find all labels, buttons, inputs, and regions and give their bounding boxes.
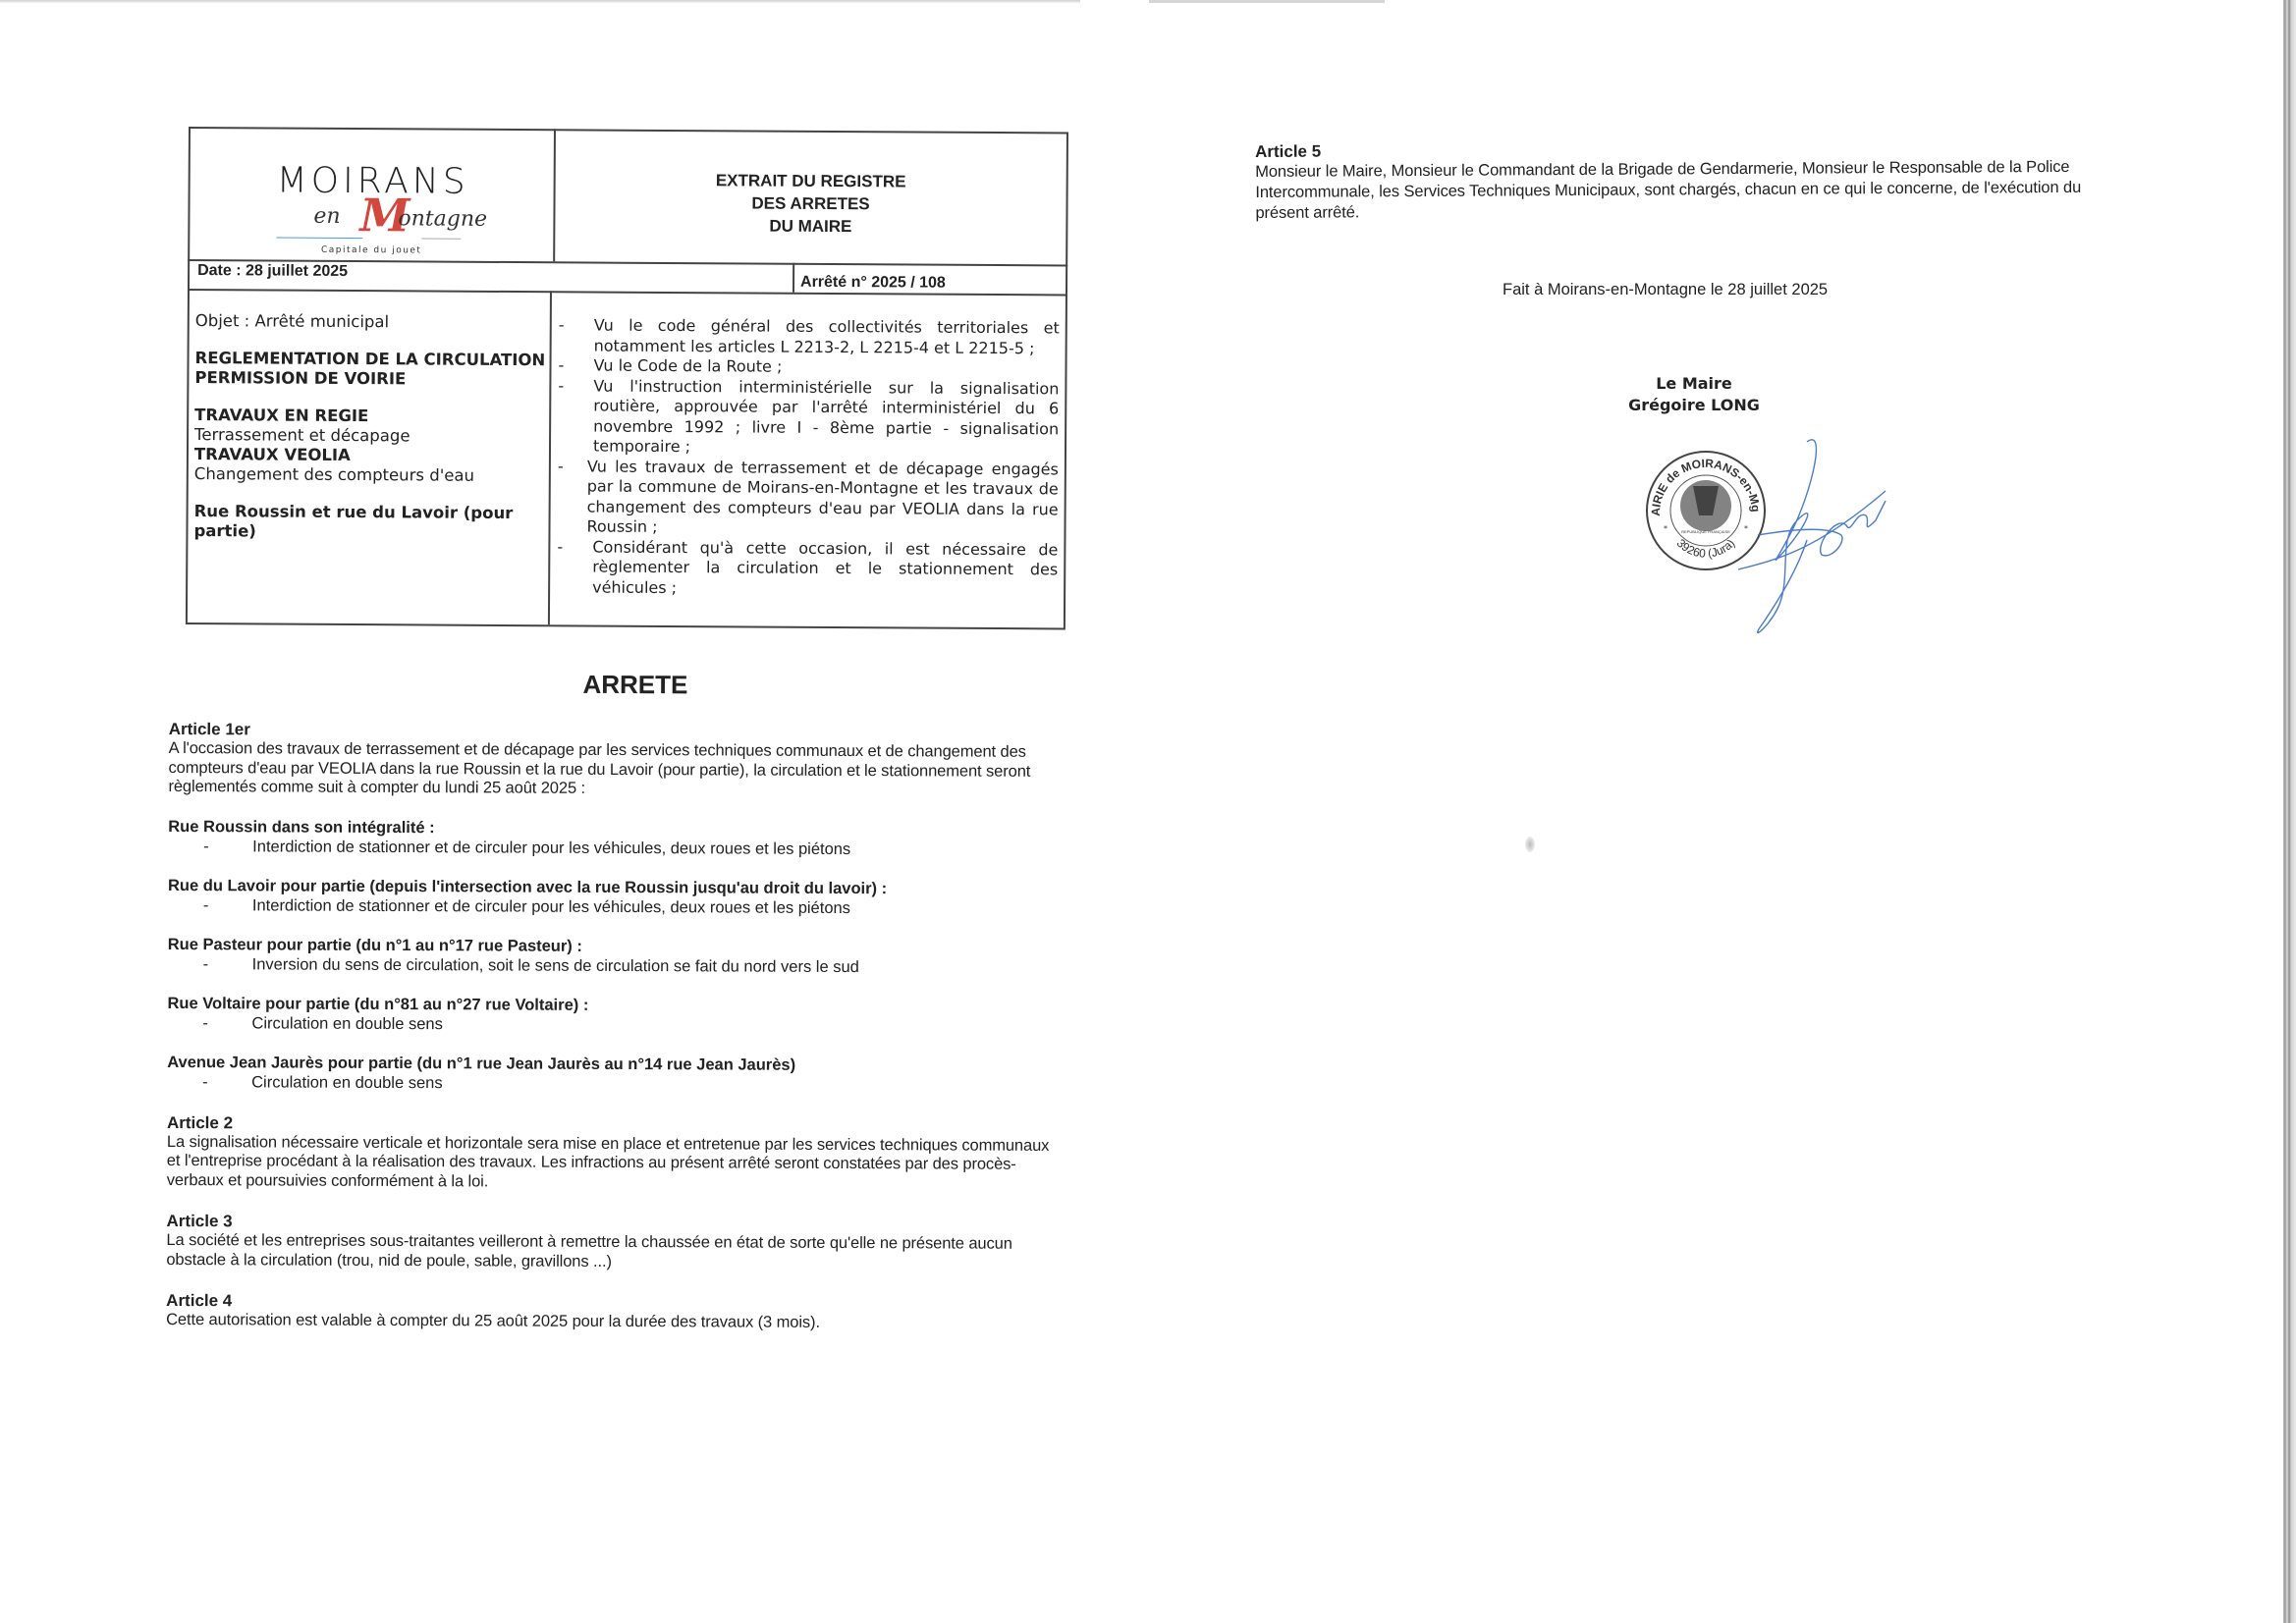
works-desc: Changement des compteurs d'eau <box>194 464 548 486</box>
scan-smudge <box>1525 837 1535 852</box>
objet-heading: PERMISSION DE VOIRIE <box>194 368 548 390</box>
table-border <box>186 622 1066 629</box>
scan-edge-right <box>2283 0 2296 1623</box>
considerant-text: Vu le code général des collectivités ter… <box>594 316 1060 357</box>
street-rule: -Interdiction de stationner et de circul… <box>168 894 1052 918</box>
arrete-body: ARRETE Article 1er A l'occasion des trav… <box>166 668 1053 1333</box>
considerant-item: -Vu les travaux de terrassement et de dé… <box>557 457 1058 540</box>
scan-edge-top <box>1149 0 1385 3</box>
register-title: EXTRAIT DU REGISTRE DES ARRETES DU MAIRE <box>553 168 1067 239</box>
article-text: A l'occasion des travaux de terrassement… <box>168 739 1052 800</box>
svg-text:39260 (Jura): 39260 (Jura) <box>1674 536 1738 561</box>
street-rule: -Inversion du sens de circulation, soit … <box>168 953 1052 977</box>
street-rule-text: Interdiction de stationner et de circule… <box>233 896 850 917</box>
article-text: La signalisation nécessaire verticale et… <box>167 1132 1051 1193</box>
street-rule-text: Circulation en double sens <box>232 1073 443 1092</box>
svg-text:*: * <box>1664 524 1667 533</box>
objet-cell: Objet : Arrêté municipal REGLEMENTATION … <box>193 311 548 543</box>
considerant-text: Vu l'instruction interministérielle sur … <box>593 376 1059 456</box>
logo-rule <box>276 238 362 240</box>
considerant-item: -Considérant qu'à cette occasion, il est… <box>557 537 1058 601</box>
article-text: Monsieur le Maire, Monsieur le Commandan… <box>1255 157 2129 224</box>
considerant-item: -Vu le code général des collectivités te… <box>559 315 1060 358</box>
register-title-line: EXTRAIT DU REGISTRE <box>554 168 1068 193</box>
works-desc: Terrassement et décapage <box>194 425 548 447</box>
article-text: La société et les entreprises sous-trait… <box>166 1231 1050 1273</box>
signature-icon <box>1738 432 1905 653</box>
objet-heading: REGLEMENTATION DE LA CIRCULATION <box>194 349 548 370</box>
register-title-line: DU MAIRE <box>553 213 1067 239</box>
street-rule-text: Inversion du sens de circulation, soit l… <box>233 955 859 976</box>
objet-location: Rue Roussin et rue du Lavoir (pour parti… <box>193 502 547 543</box>
document-date: Date : 28 juillet 2025 <box>197 262 348 281</box>
header-table: MOIRANS en M ontagne Capitale du jouet E… <box>186 127 1068 627</box>
logo-tagline: Capitale du jouet <box>278 245 465 256</box>
works-title: TRAVAUX EN REGIE <box>194 406 548 427</box>
article-4: Article 4 Cette autorisation est valable… <box>166 1291 1050 1333</box>
arrete-title: ARRETE <box>218 668 1053 702</box>
works-title: TRAVAUX VEOLIA <box>194 445 548 466</box>
scan-edge-top <box>0 0 1080 3</box>
table-border <box>793 263 794 293</box>
svg-text:REPUBLIQUE FRANÇAISE: REPUBLIQUE FRANÇAISE <box>1681 529 1730 534</box>
signatory-name: Grégoire LONG <box>1611 395 1777 416</box>
article-5: Article 5 Monsieur le Maire, Monsieur le… <box>1255 137 2129 224</box>
street-rule: -Circulation en double sens <box>167 1071 1051 1095</box>
street-rule-text: Interdiction de stationner et de circule… <box>233 838 850 858</box>
considerant-text: Considérant qu'à cette occasion, il est … <box>592 537 1058 597</box>
article-text: Cette autorisation est valable à compter… <box>166 1311 1050 1333</box>
register-title-line: DES ARRETES <box>553 190 1067 216</box>
street-rule-text: Circulation en double sens <box>232 1014 443 1033</box>
logo: MOIRANS en M ontagne Capitale du jouet <box>188 127 554 261</box>
article-1: Article 1er A l'occasion des travaux de … <box>167 720 1053 1095</box>
considerant-text: Vu les travaux de terrassement et de déc… <box>586 457 1058 536</box>
logo-rule <box>421 238 461 239</box>
street-rule: -Interdiction de stationner et de circul… <box>168 836 1052 859</box>
logo-sub-rest: ontagne <box>398 206 487 232</box>
article-3: Article 3 La société et les entreprises … <box>166 1212 1050 1273</box>
considerant-item: -Vu l'instruction interministérielle sur… <box>558 376 1059 460</box>
signatory-title: Le Maire <box>1611 373 1777 395</box>
signatory: Le Maire Grégoire LONG <box>1611 373 1777 416</box>
considerant-text: Vu le Code de la Route ; <box>593 356 782 376</box>
considerants-list: -Vu le code général des collectivités te… <box>557 315 1060 600</box>
street-rule: -Circulation en double sens <box>167 1012 1051 1036</box>
article-2: Article 2 La signalisation nécessaire ve… <box>167 1112 1051 1193</box>
arrete-number: Arrêté n° 2025 / 108 <box>800 274 946 293</box>
logo-sub-prefix: en <box>313 204 340 229</box>
objet-label: Objet : Arrêté municipal <box>195 311 549 333</box>
place-and-date: Fait à Moirans-en-Montagne le 28 juillet… <box>1503 281 1828 299</box>
